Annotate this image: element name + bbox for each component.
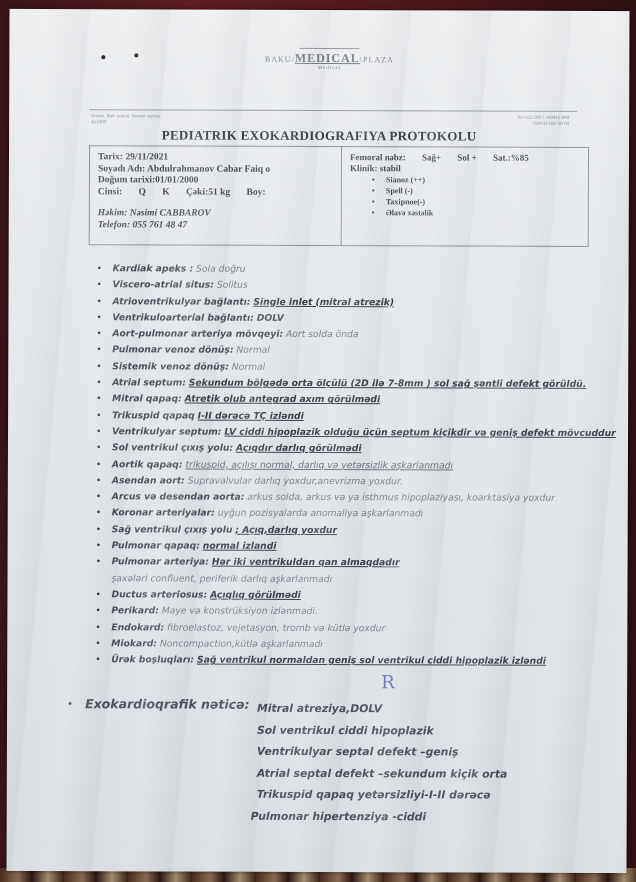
- clinic-address: Ünvan: Bakı şəhəri, Nəsimi rayonu Az1000: [91, 113, 160, 125]
- femoral-left: Sol +: [457, 152, 476, 162]
- finding-label: Viscero-atrial situs:: [113, 280, 214, 291]
- finding-item: Koronar arteriyalar: uyğun pozisyalarda …: [96, 506, 598, 524]
- handwritten-mark: R: [381, 672, 395, 693]
- finding-item: Ventrikulyar septum: LV ciddi hipoplazik…: [96, 424, 598, 442]
- finding-label: Atrioventrikulyar bağlantı:: [112, 296, 250, 307]
- finding-value: Supravalvular darlıq yoxdur,anevrizma yo…: [188, 475, 403, 487]
- finding-item: Ürək boşluqları: Sağ ventrikul normaldan…: [95, 652, 597, 670]
- finding-label: Pulmonar qapaq:: [112, 540, 200, 551]
- finding-value: I-II dərəcə TÇ izləndi: [198, 410, 304, 421]
- conclusion-line: Mitral atreziya,DOLV: [257, 698, 508, 720]
- finding-value: uyğun pozisyalarda anomaliya aşkarlanmad…: [218, 508, 424, 520]
- finding-item: Mitral qapaq: Atretik olub antegrad axım…: [96, 392, 598, 410]
- conclusion-line: Pulmonar hipertenziya -ciddi: [251, 806, 508, 828]
- protocol-document: BAKU/MEDICAL\PLAZA Medical Ünvan: Bakı ş…: [6, 9, 629, 873]
- finding-label: Pulmonar venoz dönüş:: [112, 345, 233, 356]
- finding-label: Asendan aort:: [112, 475, 185, 486]
- finding-label: Perikard:: [111, 606, 159, 617]
- finding-value: ; Açıq,darlıq yoxdur: [235, 524, 337, 535]
- finding-item: Trikuspid qapaq I-II dərəcə TÇ izləndi: [96, 408, 598, 426]
- clinic-phones: Tel: 012 000 / +99412 000 +99412 000 00 …: [517, 115, 569, 127]
- finding-value: Single inlet (mitral atrezik): [253, 296, 394, 307]
- finding-item: Pulmonar venoz dönüş: Normal: [96, 343, 598, 361]
- finding-value: normal izlandi: [203, 541, 277, 552]
- finding-item: Atrioventrikulyar bağlantı: Single inlet…: [96, 294, 598, 312]
- finding-item: Sistemik venoz dönüş: Normal: [96, 359, 598, 377]
- finding-item: Aortik qapaq: trikuspid, açılışı normal,…: [96, 457, 598, 475]
- sex-label: Cinsi:: [98, 187, 122, 197]
- patient-weight: Çəki:51 kg: [186, 187, 230, 197]
- conclusion-line: Sol ventrikul ciddi hipoplazik: [257, 719, 508, 741]
- finding-label: Atrial septum:: [112, 377, 186, 388]
- finding-item: Aort-pulmonar arteriya mövqeyi: Aort sol…: [96, 326, 598, 344]
- finding-value: Hər iki ventrikuldan qan almaqdadır: [212, 557, 400, 569]
- finding-item: Sağ ventrikul çıxış yolu ; Açıq,darlıq y…: [96, 522, 598, 540]
- finding-value: Aort solda önda: [286, 329, 359, 340]
- finding-value: Noncompaction,kütlə aşkarlanmadı: [160, 638, 323, 650]
- finding-item: Kardiak apeks : Sola doğru: [97, 261, 599, 279]
- finding-value: Sola doğru: [196, 264, 245, 275]
- finding-item: Arcus və desendan aorta: arkus solda, ar…: [96, 489, 598, 507]
- finding-label: Mitral qapaq:: [112, 394, 182, 405]
- finding-item: Pulmonar arteriya: Hər iki ventrikuldan …: [96, 555, 598, 573]
- finding-value: Sağ ventrikul normaldan geniş sol ventri…: [197, 655, 546, 667]
- punch-dot: [134, 53, 138, 57]
- sex-option-k: K: [162, 187, 169, 197]
- finding-label: Ürək boşluqları:: [111, 654, 194, 665]
- finding-item: Viscero-atrial situs: Solitus: [97, 278, 599, 296]
- femoral-right: Sağ+: [422, 152, 441, 162]
- finding-label: Ductus arteriosus:: [111, 589, 207, 600]
- address-line: Az1000: [91, 119, 160, 125]
- conclusion-label: Exokardioqrafik nəticə:: [85, 696, 250, 712]
- finding-item: Ventrikuloarterial bağlantı: DOLV: [96, 310, 598, 328]
- punch-dot: [101, 55, 105, 59]
- finding-item: Miokard: Noncompaction,kütlə aşkarlanmad…: [95, 636, 597, 654]
- exam-date: Tarix: 29/11/2021: [98, 152, 333, 164]
- finding-label: Trikuspid qapaq: [112, 410, 195, 421]
- saturation: Sat.:%85: [493, 153, 529, 163]
- clinic-logo: BAKU/MEDICAL\PLAZA Medical: [229, 48, 429, 72]
- logo-left: BAKU: [265, 55, 292, 64]
- finding-value: Normal: [236, 345, 269, 356]
- conclusion-bullet: •: [67, 699, 73, 710]
- finding-label: Kardiak apeks :: [113, 263, 194, 274]
- femoral-label: Femoral nəbz:: [350, 152, 406, 162]
- finding-item: Pulmonar qapaq: normal izlandi: [96, 538, 598, 556]
- clinical-status: Femoral nəbz: Sağ+ Sol + Sat.:%85 Klinik…: [342, 147, 588, 246]
- finding-item: Endokard: fibroelastoz, vejetasyon, trom…: [95, 620, 597, 638]
- finding-value: Maye və konstrüksiyon izlənmədi.: [162, 606, 318, 618]
- logo-right: PLAZA: [363, 55, 394, 64]
- finding-item: Perikard: Maye və konstrüksiyon izlənməd…: [95, 603, 597, 621]
- finding-item: Ductus arteriosus: Açıqlıq görülmədi: [95, 587, 597, 605]
- finding-value: şaxələri confluent, periferik darlıq aşk…: [111, 573, 332, 585]
- finding-value: Normal: [232, 361, 265, 372]
- finding-label: Aort-pulmonar arteriya mövqeyi:: [112, 328, 283, 340]
- patient-sex-weight-row: Cinsi: Q K Çəki:51 kg Boy:: [98, 187, 333, 199]
- clinical-signs-list: Sianoz (++) Spell (-) Taxipnoe(-) Əlavə …: [372, 174, 580, 219]
- doctor-phone: Telefon: 055 761 48 47: [98, 220, 333, 232]
- finding-label: Arcus və desendan aorta:: [112, 491, 245, 502]
- finding-value: Açıqlıq görülmədi: [210, 590, 301, 601]
- finding-value: trikuspid, açılışı normal, darlıq və yet…: [185, 459, 453, 471]
- finding-value: Açıqdır darlıq görülmədi: [236, 443, 362, 454]
- finding-label: Endokard:: [111, 622, 164, 633]
- phone-line: +99412 000 00 00: [517, 121, 569, 127]
- patient-info-box: Tarix: 29/11/2021 Soyadı Adı: Abdulrahma…: [89, 145, 589, 247]
- finding-value: Atretik olub antegrad axım görülmədi: [185, 394, 381, 406]
- patient-name: Soyadı Adı: Abdulrahmanov Cabar Faiq o: [98, 164, 333, 176]
- finding-label: Aortik qapaq:: [112, 459, 183, 470]
- clinical-sign: Spell (-): [372, 185, 580, 197]
- doctor-name: Həkim: Nəsimi CABBAROV: [98, 208, 333, 220]
- conclusion-lines: Mitral atreziya,DOLV Sol ventrikul ciddi…: [257, 698, 508, 828]
- finding-label: Sağ ventrikul çıxış yolu: [112, 524, 233, 535]
- patient-details: Tarix: 29/11/2021 Soyadı Adı: Abdulrahma…: [90, 146, 342, 245]
- finding-label: Miokard:: [111, 638, 157, 649]
- patient-dob: Doğum tarixi:01/01/2000: [98, 175, 333, 187]
- sex-option-q: Q: [139, 187, 146, 197]
- finding-value: Sekundum bölgədə orta ölçülü (2D ilə 7-8…: [189, 378, 586, 390]
- header-divider: [89, 109, 577, 112]
- femoral-pulse-row: Femoral nəbz: Sağ+ Sol + Sat.:%85: [350, 152, 580, 164]
- finding-item: şaxələri confluent, periferik darlıq aşk…: [95, 571, 597, 589]
- clinical-sign: Taxipnoe(-): [372, 196, 580, 208]
- finding-label: Ventrikuloarterial bağlantı:: [112, 312, 253, 323]
- findings-list: Kardiak apeks : Sola doğruViscero-atrial…: [95, 261, 598, 670]
- document-title: PEDIATRIK EXOKARDIOGRAFIYA PROTOKOLU: [9, 127, 629, 145]
- clinical-state: Klinik: stabil: [350, 163, 580, 175]
- logo-main: MEDICAL: [295, 51, 360, 65]
- finding-label: Pulmonar arteriya:: [112, 557, 209, 568]
- patient-height: Boy:: [247, 187, 266, 197]
- logo-sub: Medical: [229, 66, 429, 72]
- finding-label: Sol ventrikul çıxış yolu:: [112, 443, 233, 454]
- finding-value: Solitus: [217, 280, 248, 291]
- finding-label: Sistemik venoz dönüş:: [112, 361, 229, 372]
- conclusion-line: Atrial septal defekt –sekundum kiçik ort…: [257, 763, 508, 785]
- finding-value: DOLV: [257, 313, 284, 324]
- finding-item: Asendan aort: Supravalvular darlıq yoxdu…: [96, 473, 598, 491]
- finding-value: arkus solda, arkus və ya isthmus hipopla…: [247, 492, 555, 504]
- finding-value: fibroelastoz, vejetasyon, tromb və kütlə…: [167, 622, 385, 634]
- clinical-sign: Əlavə xəstəlik: [372, 207, 580, 219]
- finding-value: LV ciddi hipoplazik olduğu üçün septum k…: [224, 427, 615, 439]
- clinical-sign: Sianoz (++): [372, 174, 580, 186]
- finding-label: Koronar arteriyalar:: [112, 508, 215, 519]
- finding-label: Ventrikulyar septum:: [112, 426, 222, 437]
- finding-item: Atrial septum: Sekundum bölgədə orta ölç…: [96, 375, 598, 393]
- conclusion-line: Trikuspid qapaq yetərsizliyi-I-II dərəcə: [257, 784, 508, 806]
- finding-item: Sol ventrikul çıxış yolu: Açıqdır darlıq…: [96, 440, 598, 458]
- conclusion-line: Ventrikulyar septal defekt –geniş: [257, 741, 508, 763]
